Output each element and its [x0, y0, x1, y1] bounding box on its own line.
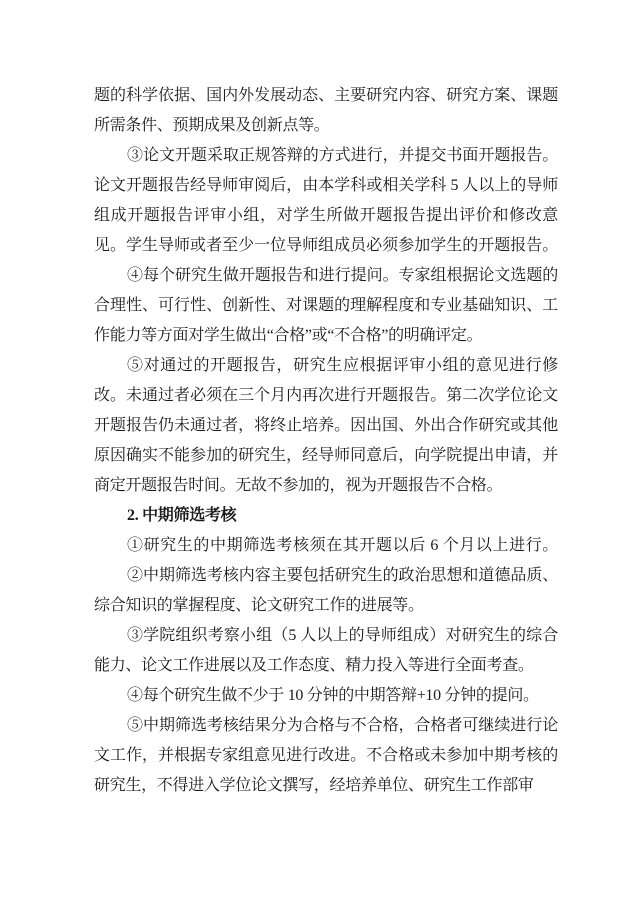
text-line: 题的科学依据、国内外发展动态、主要研究内容、研究方案、课题 — [94, 81, 558, 111]
text-line: 论文开题报告经导师审阅后，由本学科或相关学科 5 人以上的导师 — [94, 171, 558, 201]
text-line: ②中期筛选考核内容主要包括研究生的政治思想和道德品质、 — [94, 561, 558, 591]
document-page: 题的科学依据、国内外发展动态、主要研究内容、研究方案、课题所需条件、预期成果及创… — [0, 0, 639, 905]
text-line: 所需条件、预期成果及创新点等。 — [94, 111, 558, 141]
text-line: 文工作，并根据专家组意见进行改进。不合格或未参加中期考核的 — [94, 741, 558, 771]
text-line: ①研究生的中期筛选考核须在其开题以后 6 个月以上进行。 — [94, 531, 558, 561]
text-line: ⑤中期筛选考核结果分为合格与不合格，合格者可继续进行论 — [94, 711, 558, 741]
text-line: ③学院组织考察小组（5 人以上的导师组成）对研究生的综合 — [94, 621, 558, 651]
text-line: 改。未通过者必须在三个月内再次进行开题报告。第二次学位论文 — [94, 381, 558, 411]
text-line: 作能力等方面对学生做出“合格”或“不合格”的明确评定。 — [94, 321, 558, 351]
text-line: 综合知识的掌握程度、论文研究工作的进展等。 — [94, 591, 558, 621]
text-line: 开题报告仍未通过者，将终止培养。因出国、外出合作研究或其他 — [94, 411, 558, 441]
text-line: 见。学生导师或者至少一位导师组成员必须参加学生的开题报告。 — [94, 231, 558, 261]
text-line: ④每个研究生做开题报告和进行提问。专家组根据论文选题的 — [94, 261, 558, 291]
text-line: 原因确实不能参加的研究生，经导师同意后，向学院提出申请，并 — [94, 441, 558, 471]
text-line: ③论文开题采取正规答辩的方式进行，并提交书面开题报告。 — [94, 141, 558, 171]
text-line: 研究生，不得进入学位论文撰写，经培养单位、研究生工作部审 — [94, 771, 558, 801]
section-heading: 2. 中期筛选考核 — [94, 501, 558, 531]
text-line: 组成开题报告评审小组，对学生所做开题报告提出评价和修改意 — [94, 201, 558, 231]
text-line: 合理性、可行性、创新性、对课题的理解程度和专业基础知识、工 — [94, 291, 558, 321]
text-line: 商定开题报告时间。无故不参加的，视为开题报告不合格。 — [94, 471, 558, 501]
text-line: ⑤对通过的开题报告，研究生应根据评审小组的意见进行修 — [94, 351, 558, 381]
text-line: 能力、论文工作进展以及工作态度、精力投入等进行全面考查。 — [94, 651, 558, 681]
text-line: ④每个研究生做不少于 10 分钟的中期答辩+10 分钟的提问。 — [94, 681, 558, 711]
document-text-block: 题的科学依据、国内外发展动态、主要研究内容、研究方案、课题所需条件、预期成果及创… — [94, 81, 558, 801]
